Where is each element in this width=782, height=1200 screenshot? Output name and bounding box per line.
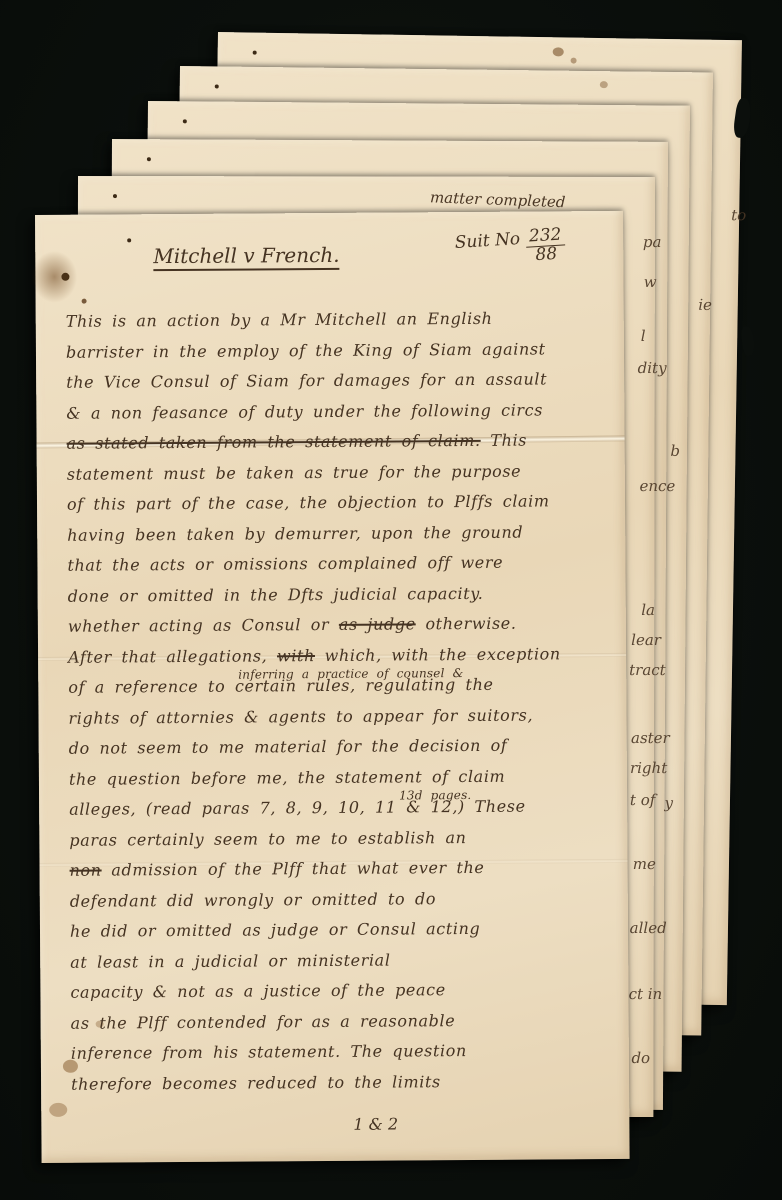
page-edge-text-fragment: alled <box>630 919 667 937</box>
photo-background: to ie b y matter completed pa w l dity e… <box>0 0 782 1200</box>
pin-hole <box>253 51 257 55</box>
suit-fraction: 232 88 <box>526 226 567 265</box>
corner-stain <box>31 251 77 303</box>
manuscript-line: statement must be taken as true for the … <box>67 455 623 489</box>
paper-sheet-front: Mitchell v French. Suit No 232 88 This i… <box>35 211 630 1163</box>
manuscript-body: This is an action by a Mr Mitchell an En… <box>66 303 628 1100</box>
manuscript-line: as the Plff contended for as a reasonabl… <box>71 1004 627 1038</box>
pin-hole <box>183 119 187 123</box>
manuscript-line: done or omitted in the Dfts judicial cap… <box>68 577 624 611</box>
manuscript-line: rights of attornies & agents to appear f… <box>68 699 624 733</box>
stain <box>61 273 69 281</box>
page-edge-text-fragment: to <box>731 206 746 224</box>
manuscript-line: he did or omitted as judge or Consul act… <box>70 913 626 947</box>
manuscript-line-struck: as stated taken from the statement of cl… <box>66 425 622 459</box>
manuscript-line: that the acts or omissions complained of… <box>67 547 623 581</box>
page-edge-text-fragment: tract <box>629 661 666 679</box>
page-edge-text-fragment: aster <box>631 729 670 747</box>
manuscript-line: having been taken by demurrer, upon the … <box>67 516 623 550</box>
suit-number: Suit No 232 88 <box>454 226 566 269</box>
manuscript-line: do not seem to me material for the decis… <box>69 730 625 764</box>
manuscript-line: This is an action by a Mr Mitchell an En… <box>66 303 622 337</box>
page-edge-text-fragment: ct in <box>629 985 663 1003</box>
page-edge-text-fragment: right <box>630 759 667 777</box>
manuscript-line: the Vice Consul of Siam for damages for … <box>66 364 622 398</box>
page-edge-text-fragment: b <box>670 442 680 460</box>
page-edge-text-fragment: do <box>631 1049 650 1067</box>
manuscript-line: capacity & not as a justice of the peace <box>70 974 626 1008</box>
case-title-text: Mitchell v French. <box>153 243 339 271</box>
matter-completed-note: matter completed <box>430 188 566 211</box>
paper-tear-notch <box>740 325 755 356</box>
page-edge-text-fragment: pa <box>643 233 662 251</box>
page-edge-text-fragment: lear <box>631 631 661 649</box>
pin-hole <box>113 194 117 198</box>
page-edge-text-fragment: w <box>644 273 657 291</box>
stain <box>553 47 564 56</box>
stain <box>82 299 87 304</box>
manuscript-line: defendant did wrongly or omitted to do <box>70 882 626 916</box>
manuscript-line: inferring a practice of counsel &of a re… <box>68 669 624 703</box>
manuscript-line: whether acting as Consul or as judge oth… <box>68 608 624 642</box>
interlined-insertion: 13d pages. <box>399 780 472 811</box>
manuscript-line: at least in a judicial or ministerial <box>70 943 626 977</box>
suit-denominator: 88 <box>535 246 558 265</box>
page-edge-text-fragment: l <box>641 327 646 345</box>
pin-hole <box>127 238 131 242</box>
page-edge-text-fragment: ie <box>698 296 712 314</box>
page-edge-text-fragment: y <box>664 794 673 812</box>
page-edge-text-fragment: la <box>641 601 655 619</box>
manuscript-line: & a non feasance of duty under the follo… <box>66 394 622 428</box>
manuscript-line: non admission of the Plff that what ever… <box>69 852 625 886</box>
page-edge-text-fragment: t of <box>630 791 655 809</box>
pin-hole <box>215 84 219 88</box>
page-edge-text-fragment: me <box>633 855 656 873</box>
manuscript-line: inference from his statement. The questi… <box>71 1035 627 1069</box>
manuscript-line: of this part of the case, the objection … <box>67 486 623 520</box>
suit-prefix: Suit No <box>454 229 520 253</box>
manuscript-line: barrister in the employ of the King of S… <box>66 333 622 367</box>
page-edge-text-fragment: ence <box>639 477 675 495</box>
stain <box>600 81 608 88</box>
stain <box>571 58 577 64</box>
manuscript-line: paras certainly seem to me to establish … <box>69 821 625 855</box>
foxing-spot <box>49 1103 67 1117</box>
manuscript-line: 13d pages.alleges, (read paras 7, 8, 9, … <box>69 791 625 825</box>
interlined-insertion: inferring a practice of counsel & <box>238 658 463 690</box>
manuscript-line: therefore becomes reduced to the limits <box>71 1065 627 1099</box>
case-title: Mitchell v French. <box>153 243 339 268</box>
manuscript-line: the question before me, the statement of… <box>69 760 625 794</box>
footer-page-number: 1 & 2 <box>353 1114 398 1133</box>
page-edge-text-fragment: dity <box>638 359 667 377</box>
pin-hole <box>147 157 151 161</box>
